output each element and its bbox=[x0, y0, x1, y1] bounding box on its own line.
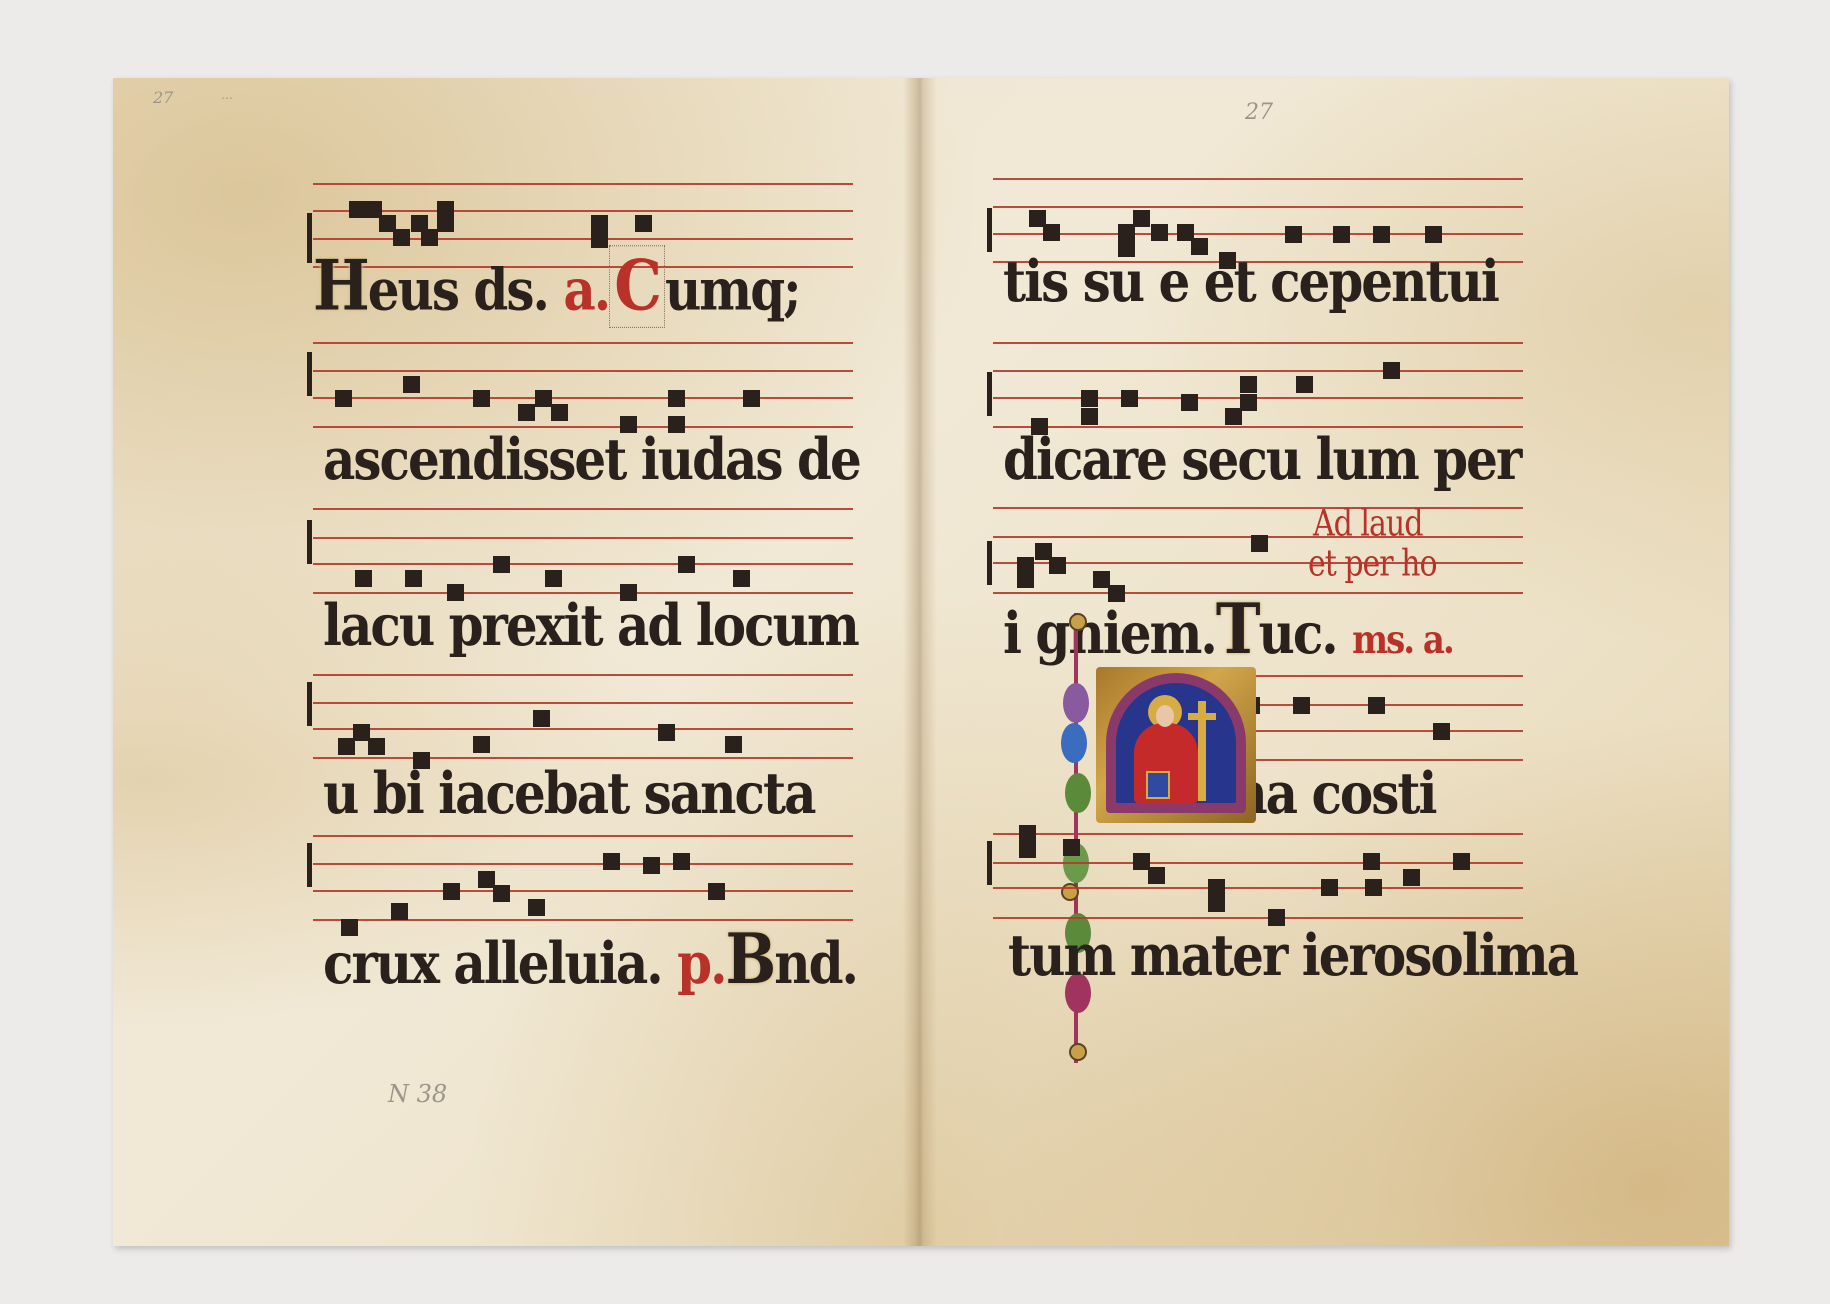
left-page: 27 … N 38 Heus ds. a.Cumq; as bbox=[113, 78, 913, 1246]
lyric-line-5: crux alleluia. p.Bnd. bbox=[323, 920, 857, 1001]
lyric-line-3: lacu prexit ad locum bbox=[323, 591, 858, 659]
red-initial-c: C bbox=[609, 245, 665, 328]
staff-3 bbox=[993, 507, 1523, 591]
rubric-a: a. bbox=[563, 256, 609, 324]
ornate-initial-h: H bbox=[313, 246, 368, 327]
lyric-line-1: Heus ds. a.Cumq; bbox=[313, 245, 800, 328]
face bbox=[1156, 705, 1174, 727]
pencil-mark: 27 bbox=[153, 88, 173, 107]
lyric-line-2: ascendisset iudas de bbox=[323, 425, 860, 493]
staff-3 bbox=[313, 508, 853, 592]
ornate-initial-b: B bbox=[726, 920, 775, 1001]
historiated-initial-saint-helena bbox=[1096, 667, 1256, 823]
lyric-line-4: u bi iacebat sancta bbox=[323, 759, 814, 827]
folio-number: 27 bbox=[1245, 100, 1273, 125]
lyric-line-5: tum mater ierosolima bbox=[1008, 921, 1577, 989]
staff-4 bbox=[313, 674, 853, 758]
staff-2 bbox=[313, 342, 853, 426]
rubric-ms: ms. a. bbox=[1352, 617, 1453, 663]
pencil-mark-2: … bbox=[221, 88, 233, 102]
staff-5 bbox=[313, 835, 853, 919]
book-icon bbox=[1146, 771, 1170, 799]
staff-5 bbox=[993, 833, 1523, 917]
right-page: 27 tis su e et cepentui dicare secu lum … bbox=[933, 78, 1729, 1246]
rubric-p: p. bbox=[677, 929, 725, 997]
manuscript-bifolium: 27 … N 38 Heus ds. a.Cumq; as bbox=[113, 78, 1729, 1246]
cross-bar bbox=[1188, 713, 1216, 720]
staff-2 bbox=[993, 342, 1523, 426]
ornate-initial-t: T bbox=[1216, 590, 1259, 671]
lyric-line-2: dicare secu lum per bbox=[1003, 425, 1520, 493]
lyric-line-1: tis su e et cepentui bbox=[1003, 247, 1498, 315]
shelf-mark: N 38 bbox=[388, 1080, 447, 1108]
